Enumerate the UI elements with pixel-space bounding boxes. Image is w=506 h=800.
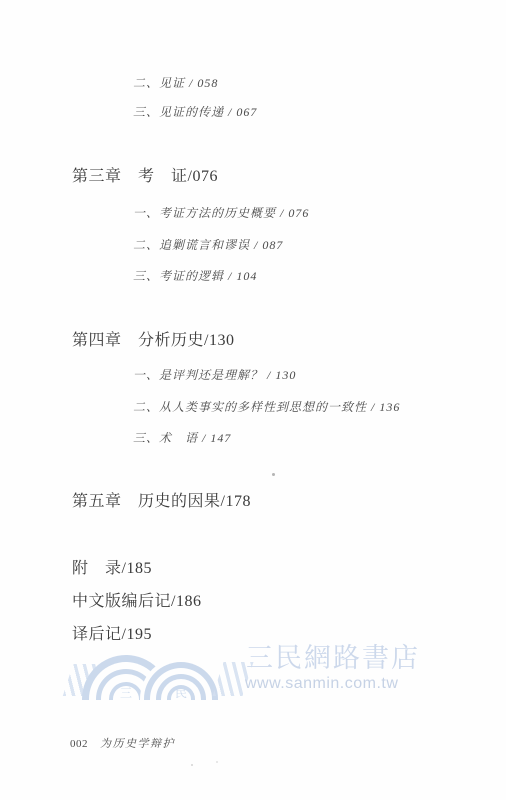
watermark-store-name: 三民網路書店 (246, 645, 420, 672)
toc-chapter-entry: 第五章 历史的因果/178 (72, 494, 251, 510)
toc-entry: 三、考证的逻辑 / 104 (133, 270, 257, 282)
scan-artifact-dot (216, 761, 218, 763)
toc-chapter-entry: 译后记/195 (72, 627, 152, 643)
running-book-title: 为历史学辩护 (100, 738, 175, 750)
toc-entry: 二、见证 / 058 (133, 77, 218, 89)
book-toc-page: 二、见证 / 058 三、见证的传递 / 067 第三章 考 证/076 一、考… (0, 0, 506, 800)
toc-entry: 三、术 语 / 147 (133, 432, 231, 444)
logo-stripes-left (63, 664, 97, 696)
logo-arch-gap (140, 657, 224, 700)
sanmin-rainbow-logo-icon: 三 民 (68, 646, 258, 700)
logo-char-left: 三 (120, 687, 132, 699)
toc-chapter-entry: 第三章 考 证/076 (72, 169, 218, 185)
toc-entry: 一、考证方法的历史概要 / 076 (133, 207, 309, 219)
toc-entry: 二、追剿谎言和谬误 / 087 (133, 239, 283, 251)
toc-entry: 三、见证的传递 / 067 (133, 106, 257, 118)
scan-artifact-dot (191, 764, 193, 766)
folio-page-number: 002 (70, 738, 88, 750)
watermark-url: www.sanmin.com.tw (245, 676, 398, 692)
toc-entry: 二、从人类事实的多样性到思想的一致性 / 136 (133, 401, 400, 413)
logo-stripes-right (212, 662, 253, 696)
logo-arch-left: 三 (82, 655, 170, 700)
toc-entry: 一、是评判还是理解？ / 130 (133, 369, 296, 381)
toc-chapter-entry: 第四章 分析历史/130 (72, 333, 234, 349)
page-footer: 002为历史学辩护 (70, 739, 175, 750)
toc-chapter-entry: 附 录/185 (72, 561, 152, 577)
logo-arch-right: 民 (144, 662, 218, 700)
toc-chapter-entry: 中文版编后记/186 (72, 594, 201, 610)
logo-char-right: 民 (175, 687, 187, 699)
scan-artifact-dot (272, 473, 275, 476)
